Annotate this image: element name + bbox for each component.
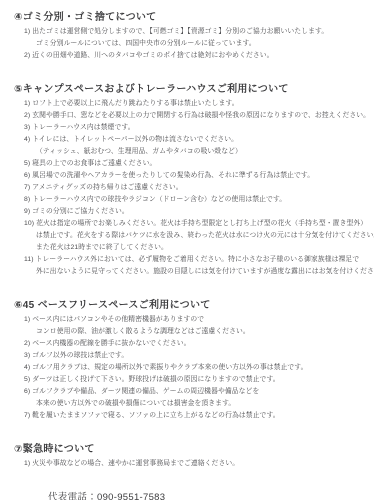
rules-section: ⑦緊急時について1) 火災や事故などの場合、速やかに運営事務局までご連絡ください… xyxy=(14,441,366,470)
section-title: ⑤キャンプスペースおよびトレーラーハウスご利用について xyxy=(14,81,366,98)
rule-line: 9) ゴミの分別にご協力ください。 xyxy=(24,206,366,218)
rule-line: 7) 靴を履いたままソファで寝る、ソファの上に立ち上がるなどの行為は禁止です。 xyxy=(24,410,366,422)
contact-phone: 代表電話：090-9551-7583 xyxy=(48,489,366,500)
rule-line: 2) 玄関や勝手口、窓などを必要以上の力で開閉する行為は破損や怪我の原因になりま… xyxy=(24,110,366,122)
rule-line: 6) ゴルフクラブや備品、ダーツ関連の備品、ゲームの周辺機器や備品などを xyxy=(24,386,366,398)
rule-line: 4) ゴルフ用クラブは、規定の場所以外で素振りやクラブ本来の使い方以外の事は禁止… xyxy=(24,362,366,374)
rule-line: 5) 寝具の上でのお食事はご遠慮ください。 xyxy=(24,158,366,170)
rule-line: 本来の使い方以外での破損や損傷については損害金を頂きます。 xyxy=(36,398,366,410)
rule-line: 1) 出たゴミは運営側で処分しますので、【可燃ゴミ】【資源ゴミ】分別のご協力お願… xyxy=(24,26,366,38)
rule-line: 8) トレーラーハウス内での球技やラジコン（ドローン含む）などの使用は禁止です。 xyxy=(24,194,366,206)
section-title: ④ゴミ分別・ゴミ捨てについて xyxy=(14,9,366,26)
rules-document: ④ゴミ分別・ゴミ捨てについて1) 出たゴミは運営側で処分しますので、【可燃ゴミ】… xyxy=(0,0,374,500)
rule-line: 11) トレーラーハウス外においては、必ず履物をご着用ください。特に小さなお子様… xyxy=(24,254,366,266)
rules-section: ⑤キャンプスペースおよびトレーラーハウスご利用について1) ロフト上で必要以上に… xyxy=(14,81,366,278)
rule-line: 1) ベース内にはパソコンやその他精密機器がありますので xyxy=(24,314,366,326)
rule-line: 7) アメニティグッズの持ち帰りはご遠慮ください。 xyxy=(24,182,366,194)
rule-line: （ティッシュ、紙おむつ、生理用品、ガムやタバコの吸い殻など） xyxy=(36,146,366,158)
section-title: ⑦緊急時について xyxy=(14,441,366,458)
rule-line: ゴミ分別ルールについては、四国中央市の分別ルールに従っています。 xyxy=(36,38,366,50)
rules-section: ⑥45 ベースフリースペースご利用について1) ベース内にはパソコンやその他精密… xyxy=(14,297,366,422)
rule-line: 1) ロフト上で必要以上に飛んだり跳ねたりする事は禁止いたします。 xyxy=(24,98,366,110)
rule-line: また花火は21時までに終了してください。 xyxy=(36,242,366,254)
rule-line: コンロ使用の際、油が激しく散るような調理などはご遠慮ください。 xyxy=(36,326,366,338)
rule-line: 2) ベース内機器の配線を勝手に抜かないでください。 xyxy=(24,338,366,350)
rule-line: 5) ダーツは正しく投げて下さい。野球投げは破損の原因になりますので禁止です。 xyxy=(24,374,366,386)
rule-line: 4) トイレには、トイレットペーパー以外の物は流さないでください。 xyxy=(24,134,366,146)
rules-section: ④ゴミ分別・ゴミ捨てについて1) 出たゴミは運営側で処分しますので、【可燃ゴミ】… xyxy=(14,9,366,62)
rule-line: は禁止です。花火をする際はバケツに水を汲み、終わった花火は水につけ火の元には十分… xyxy=(36,230,366,242)
rule-line: 10) 花火は指定の場所でお楽しみください。花火は手持ち型限定とし打ち上げ型の花… xyxy=(24,218,366,230)
rule-line: 6) 風呂場での洗濯やヘアカラーを使ったりしての髪染め行為、それに準ずる行為は禁… xyxy=(24,170,366,182)
rule-line: 外に出ないように見守ってください。施設の目隠しには気を付けていますが過度な露出に… xyxy=(36,266,366,278)
rule-line: 3) トレーラーハウス内は禁煙です。 xyxy=(24,122,366,134)
rule-line: 3) ゴルフ以外の球技は禁止です。 xyxy=(24,350,366,362)
rule-line: 2) 近くの田畑や道路、川へのタバコやゴミのポイ捨ては絶対におやめください。 xyxy=(24,50,366,62)
section-title: ⑥45 ベースフリースペースご利用について xyxy=(14,297,366,314)
sections-container: ④ゴミ分別・ゴミ捨てについて1) 出たゴミは運営側で処分しますので、【可燃ゴミ】… xyxy=(14,9,366,470)
rule-line: 1) 火災や事故などの場合、速やかに運営事務局までご連絡ください。 xyxy=(24,458,366,470)
